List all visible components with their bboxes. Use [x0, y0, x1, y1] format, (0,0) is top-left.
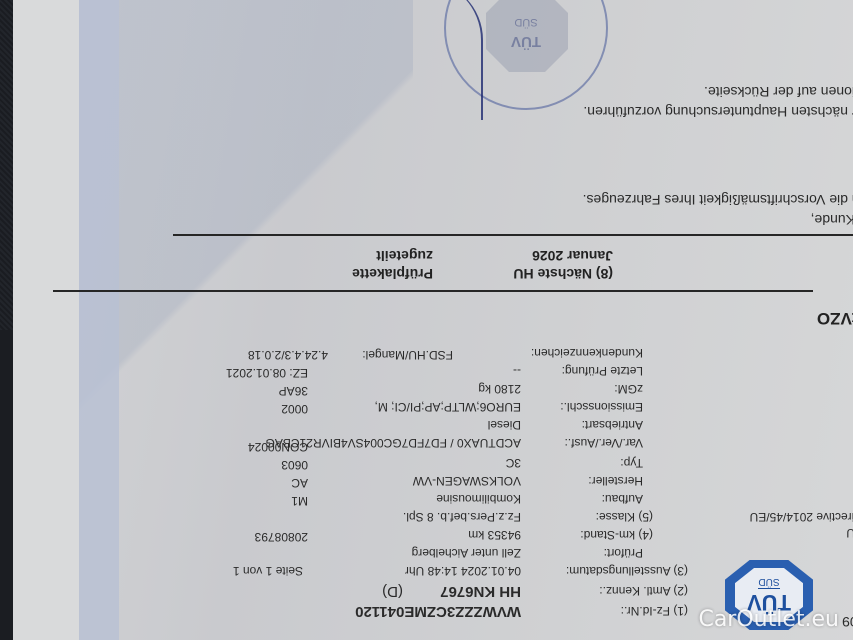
field-label-variante: Var./Ver./Ausf.:	[565, 436, 644, 450]
field-label-kundenkennzeichen: Kundenkennzeichen:	[531, 346, 643, 360]
field-suffix-country: (D)	[382, 583, 403, 600]
inspection-report-photo: TÜV SÜD 09909 (1) Fz-Id.Nr.: WVWZZZ3CZME…	[0, 0, 853, 640]
plakette-title: Prüfplakette	[352, 266, 433, 282]
field-label-aufbau: Aufbau:	[602, 492, 643, 506]
field-value-aufbau: Kombilimousine	[436, 492, 521, 506]
field-label-ausstellungsdatum: (3) Ausstellungsdatum:	[566, 564, 688, 578]
body-line-1: egen die Vorschriftsmäßigkeit Ihres Fahr…	[583, 192, 853, 208]
field-extra-pruefort: 20808793	[255, 530, 308, 544]
field-value-antriebsart: Diesel	[488, 418, 521, 432]
field-label-emission: Emissionsschl.:	[560, 400, 643, 414]
field-value-kennz: HH KN6767	[440, 583, 521, 600]
field-value-fz-id: WVWZZZ3CZME041120	[355, 603, 521, 620]
field-value-hersteller: VOLKSWAGEN-VW	[413, 474, 521, 488]
field-value-emission: EURO6;WLTP;AP;PI/CI; M,	[375, 400, 521, 414]
caroutlet-watermark: CarOutlet.eu	[698, 607, 839, 632]
signature-stroke	[421, 0, 483, 120]
plakette-value: zugeteilt	[376, 248, 433, 264]
field-mid-fsd: FSD.HU/Mangel:	[362, 348, 453, 362]
field-extra-ez: EZ: 08.01.2021	[226, 366, 308, 380]
field-extra-mangel: 4.24.4.3/2.0.18	[248, 348, 328, 362]
field-label-zgm: zGM:	[614, 382, 643, 396]
field-value-km: 94353 km	[468, 528, 521, 542]
field-value-variante: ACDTUAX0 / FD7FD7GC004SV4BIVR21CBAG	[266, 436, 521, 450]
report-sheet: TÜV SÜD 09909 (1) Fz-Id.Nr.: WVWZZZ3CZME…	[53, 0, 853, 640]
blue-margin-stripe	[79, 0, 119, 640]
field-label-letzte-pruefung: Letzte Prüfung:	[562, 364, 643, 378]
field-value-klasse: Fz.z.Pers.bef.b. 8 Spl.	[403, 510, 521, 524]
field-label-typ: Typ:	[620, 456, 643, 470]
logo-line2: SÜD	[758, 577, 779, 590]
field-extra-antriebsart: 0002	[281, 402, 308, 416]
directive-line-2: Directive 2014/45/EU	[750, 510, 853, 524]
field-label-klasse: (5) Klasse:	[596, 510, 653, 524]
body-line-3: rmationen auf der Rückseite.	[704, 84, 853, 100]
divider-top	[53, 290, 813, 292]
field-label-antriebsart: Antriebsart:	[582, 418, 643, 432]
field-value-letzte-pruefung: --	[513, 364, 521, 378]
sheet-edge	[13, 0, 79, 640]
document-number: 09909	[842, 614, 853, 630]
field-label-kennz: (2) Amtl. Kennz.:	[599, 584, 688, 598]
directive-line-1: /45/EU	[846, 526, 853, 540]
next-hu-title: (8) Nächste HU	[513, 266, 613, 282]
salutation: nter Kunde,	[811, 212, 853, 228]
field-value-typ: 3C	[506, 456, 521, 470]
field-value-zgm: 2180 kg	[478, 382, 521, 396]
field-extra-aufbau: AC	[291, 476, 308, 490]
next-hu-value: Januar 2026	[532, 248, 613, 264]
body-line-2: 6 zur nächsten Hauptuntersuchung vorzufü…	[583, 104, 853, 120]
field-label-fz-id: (1) Fz-Id.Nr.:	[621, 604, 688, 618]
field-label-hersteller: Hersteller:	[588, 474, 643, 488]
field-extra-emission: 36AP	[279, 384, 308, 398]
field-extra-klasse: M1	[291, 494, 308, 508]
field-value-pruefort: Zell unter Aichelberg	[412, 546, 521, 560]
divider-bottom	[173, 234, 853, 236]
field-label-km: (4) km-Stand:	[580, 528, 653, 542]
field-value-ausstellungsdatum: 04.01.2024 14:48 Uhr	[405, 564, 521, 578]
section-heading: 9 StVZO	[817, 308, 853, 328]
field-extra-hersteller: 0603	[281, 458, 308, 472]
field-label-pruefort: Prüfort:	[604, 546, 643, 560]
page-indicator: Seite 1 von 1	[233, 564, 303, 578]
